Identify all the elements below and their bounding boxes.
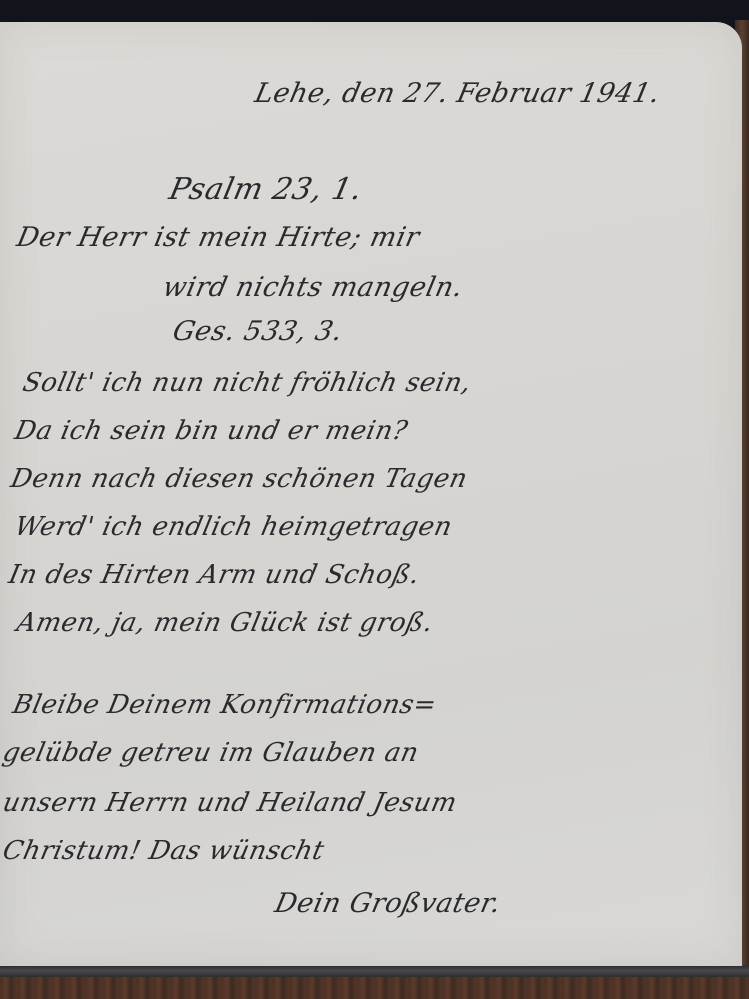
signature: Dein Großvater.: [272, 888, 504, 919]
hymn-reference: Ges. 533, 3.: [170, 316, 346, 347]
place-date-line: Lehe, den 27. Februar 1941.: [252, 78, 663, 109]
dedication-line-4: Christum! Das wünscht: [0, 836, 327, 866]
scripture-reference: Psalm 23, 1.: [166, 172, 366, 207]
hymn-line-4: Werd' ich endlich heimgetragen: [12, 512, 455, 542]
hymn-line-6: Amen, ja, mein Glück ist groß.: [14, 608, 436, 638]
hymn-line-2: Da ich sein bin und er mein?: [12, 416, 410, 446]
photo-scene: Lehe, den 27. Februar 1941. Psalm 23, 1.…: [0, 0, 749, 999]
dedication-line-3: unsern Herrn und Heiland Jesum: [0, 788, 460, 818]
hymn-line-5: In des Hirten Arm und Schoß.: [6, 560, 422, 590]
wooden-table-edge-bottom: [0, 977, 749, 999]
scripture-line-2: wird nichts mangeln.: [160, 272, 466, 303]
scripture-line-1: Der Herr ist mein Hirte; mir: [14, 222, 422, 253]
hymn-line-3: Denn nach diesen schönen Tagen: [8, 464, 470, 494]
dedication-line-1: Bleibe Deinem Konfirmations=: [10, 690, 439, 720]
dedication-line-2: gelübde getreu im Glauben an: [0, 738, 422, 768]
album-page: Lehe, den 27. Februar 1941. Psalm 23, 1.…: [0, 22, 742, 966]
hymn-line-1: Sollt' ich nun nicht fröhlich sein,: [20, 368, 474, 398]
